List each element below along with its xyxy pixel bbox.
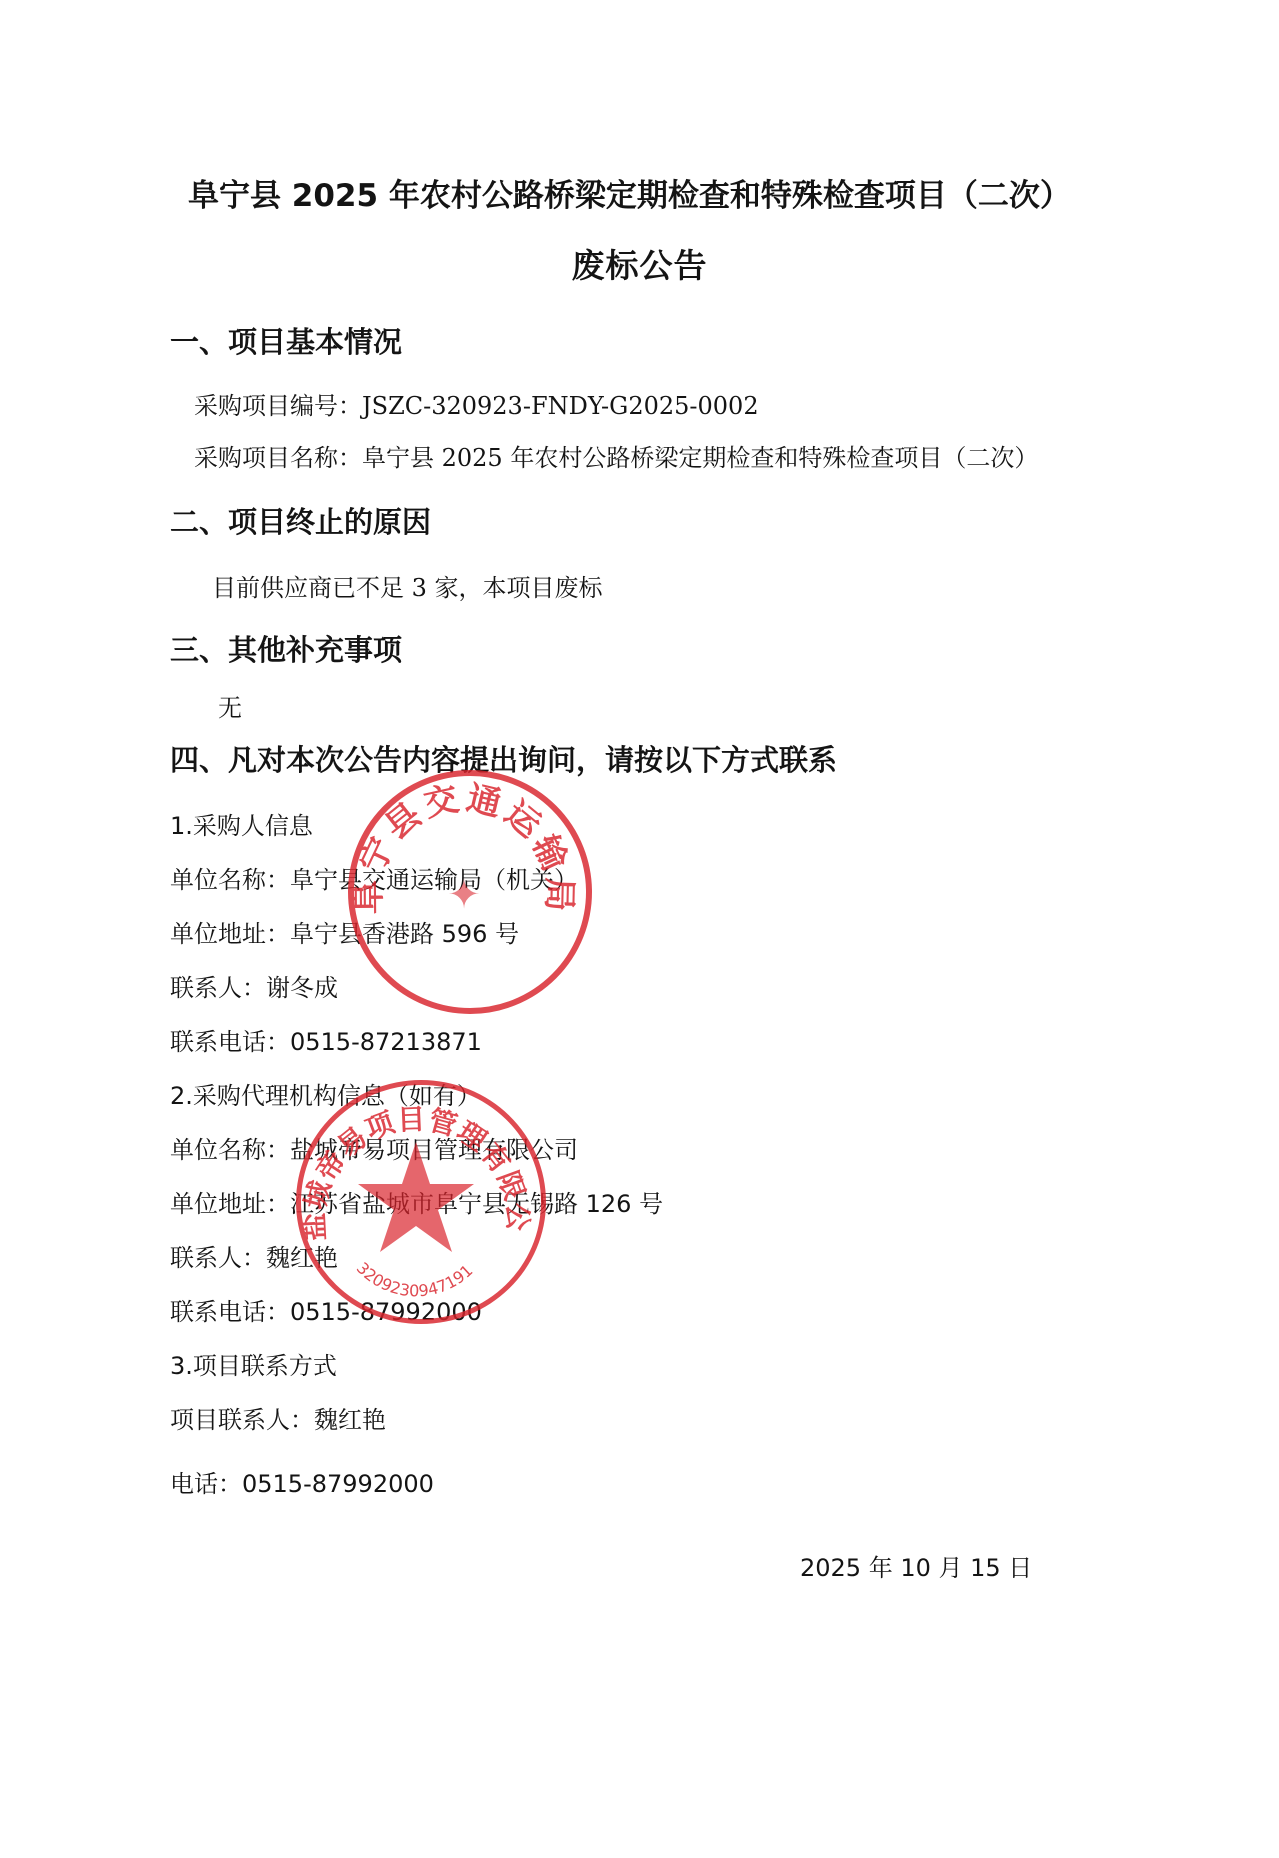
- project-number-label: 采购项目编号：: [194, 392, 362, 420]
- purchaser-unit-name: 单位名称：阜宁县交通运输局（机关）: [170, 860, 578, 895]
- agency-unit-name: 单位名称：盐城帝易项目管理有限公司: [170, 1130, 578, 1165]
- project-name-row: 采购项目名称：阜宁县 2025 年农村公路桥梁定期检查和特殊检查项目（二次）: [194, 438, 1038, 473]
- agency-phone: 联系电话：0515-87992000: [170, 1292, 482, 1327]
- agency-heading: 2.采购代理机构信息（如有）: [170, 1076, 481, 1111]
- section2-heading: 二、项目终止的原因: [170, 500, 431, 541]
- section3-heading: 三、其他补充事项: [170, 628, 402, 669]
- project-contact-phone: 电话：0515-87992000: [170, 1464, 434, 1499]
- seal1-text: 阜宁县交通运输局: [349, 778, 580, 916]
- document-subtitle: 废标公告: [0, 240, 1279, 287]
- project-name-label: 采购项目名称：: [194, 444, 362, 472]
- project-number-value: JSZC-320923-FNDY-G2025-0002: [362, 392, 759, 420]
- svg-text:阜宁县交通运输局: 阜宁县交通运输局: [349, 778, 580, 916]
- purchaser-unit-address: 单位地址：阜宁县香港路 596 号: [170, 914, 519, 949]
- termination-reason: 目前供应商已不足 3 家，本项目废标: [212, 568, 603, 603]
- project-contact-heading: 3.项目联系方式: [170, 1346, 337, 1381]
- project-contact-person: 项目联系人：魏红艳: [170, 1400, 386, 1435]
- announcement-page: 阜宁县 2025 年农村公路桥梁定期检查和特殊检查项目（二次） 废标公告 一、项…: [0, 0, 1279, 1858]
- purchaser-phone: 联系电话：0515-87213871: [170, 1022, 482, 1057]
- section4-heading: 四、凡对本次公告内容提出询问，请按以下方式联系: [170, 738, 837, 779]
- project-number-row: 采购项目编号：JSZC-320923-FNDY-G2025-0002: [194, 386, 759, 421]
- purchaser-contact: 联系人：谢冬成: [170, 968, 338, 1003]
- supplementary-content: 无: [218, 688, 242, 723]
- document-title: 阜宁县 2025 年农村公路桥梁定期检查和特殊检查项目（二次）: [188, 170, 1071, 215]
- agency-unit-address: 单位地址：江苏省盐城市阜宁县无锡路 126 号: [170, 1184, 663, 1219]
- section1-heading: 一、项目基本情况: [170, 320, 402, 361]
- purchaser-heading: 1.采购人信息: [170, 806, 313, 841]
- announcement-date: 2025 年 10 月 15 日: [800, 1548, 1032, 1583]
- project-name-value: 阜宁县 2025 年农村公路桥梁定期检查和特殊检查项目（二次）: [362, 444, 1038, 472]
- agency-contact: 联系人：魏红艳: [170, 1238, 338, 1273]
